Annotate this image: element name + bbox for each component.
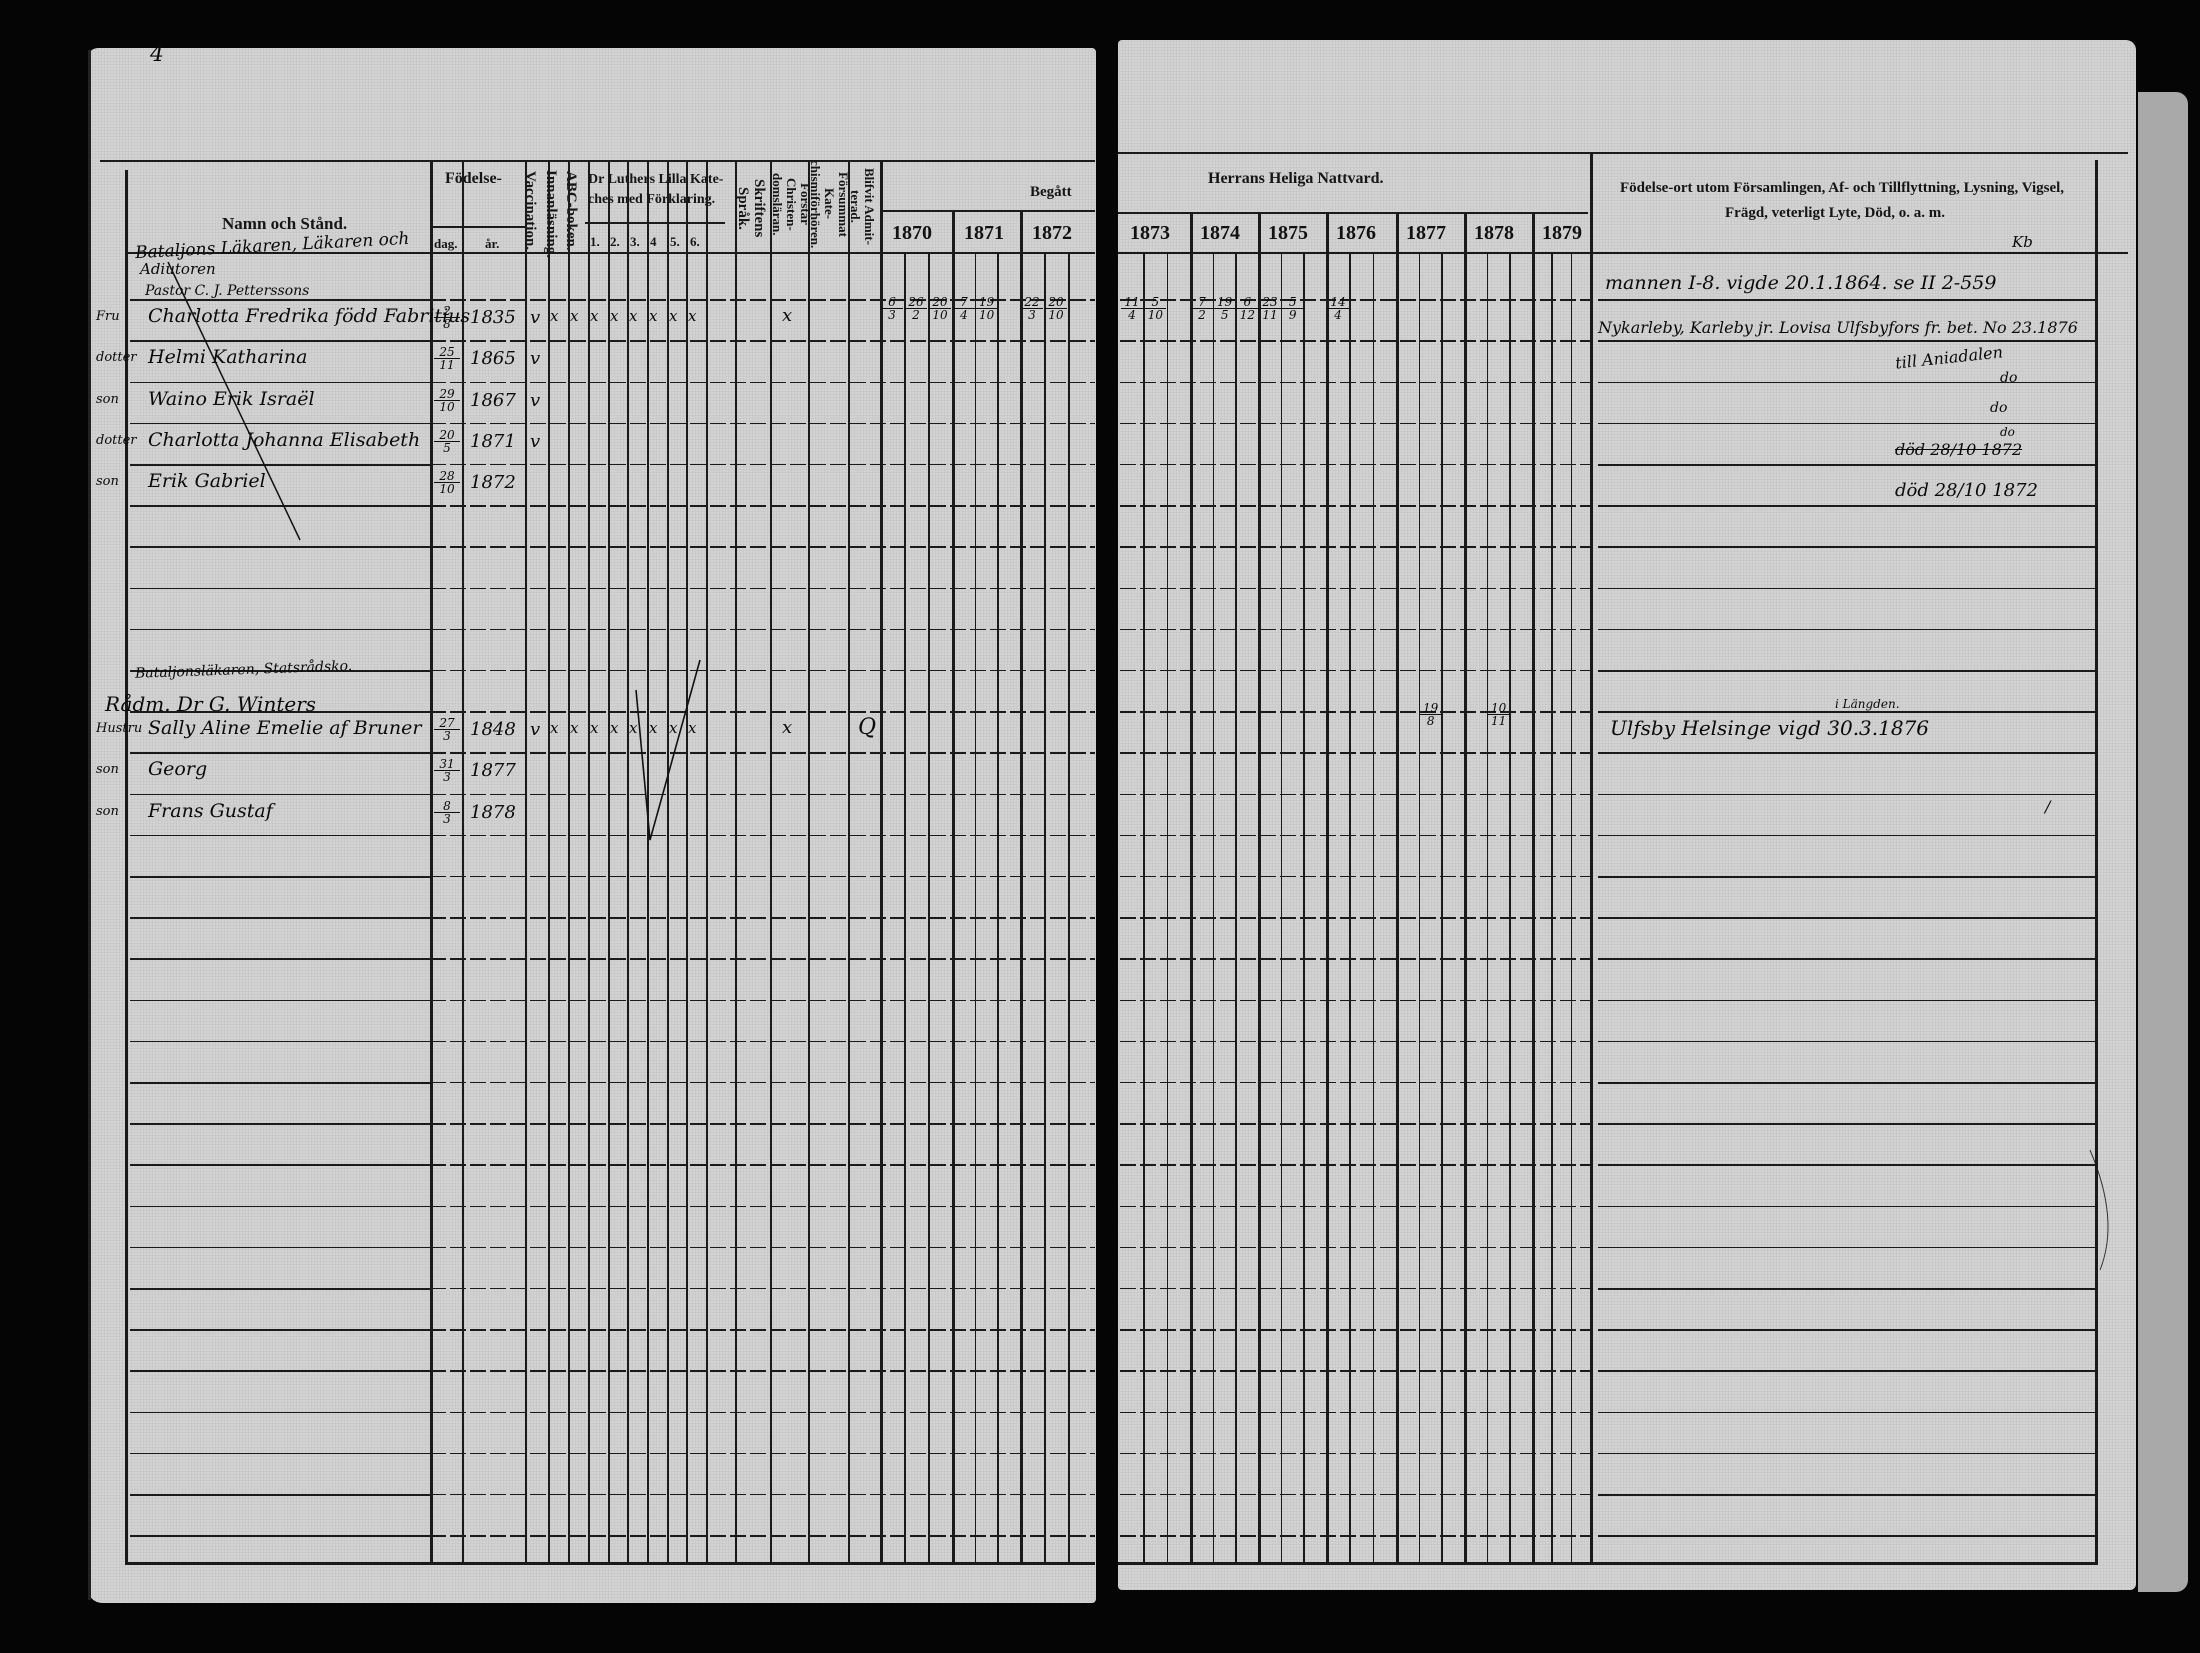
notes-row-rule bbox=[1598, 588, 2095, 590]
row-rule-dashed bbox=[1120, 588, 1590, 589]
note-tick: / bbox=[2045, 797, 2050, 816]
communion-date: 1011 bbox=[1488, 702, 1510, 727]
row-rule-dashed bbox=[1120, 958, 1590, 959]
notes-row-rule bbox=[1598, 629, 2095, 631]
note-row-4-above: do bbox=[2000, 425, 2015, 439]
notes-row-rule bbox=[1598, 1082, 2095, 1084]
year-label-1874: 1874 bbox=[1200, 222, 1240, 245]
notes-row-rule bbox=[1598, 1329, 2095, 1331]
notes-row-rule bbox=[1598, 340, 2095, 342]
row-rule-dashed bbox=[1120, 1329, 1590, 1330]
notes-row-rule bbox=[1598, 794, 2095, 796]
strike-lines bbox=[0, 0, 2200, 1653]
row-rule-dashed bbox=[1120, 917, 1590, 918]
note-row-4-struck: död 28/10 1872 bbox=[1895, 440, 2022, 459]
row-rule-dashed bbox=[1120, 1247, 1590, 1248]
row-rule-dashed bbox=[1120, 382, 1590, 383]
note-household-2-above: i Längden. bbox=[1835, 697, 1900, 711]
row-rule-dashed bbox=[1120, 1370, 1590, 1371]
notes-row-rule bbox=[1598, 1535, 2095, 1537]
year-col-line bbox=[1396, 212, 1399, 1562]
row-rule-dashed bbox=[1120, 1535, 1590, 1536]
year-subcol-line bbox=[1419, 252, 1421, 1562]
communion-date: 114 bbox=[1121, 296, 1143, 321]
row-rule-dashed bbox=[1120, 752, 1590, 753]
row-rule-dashed bbox=[1120, 1453, 1590, 1454]
year-subcol-line bbox=[1303, 252, 1305, 1562]
row-rule-dashed bbox=[1120, 1206, 1590, 1207]
row-rule-dashed bbox=[1120, 423, 1590, 424]
row-rule-dashed bbox=[1120, 1494, 1590, 1495]
year-subcol-line bbox=[1213, 252, 1215, 1562]
note-row-2c: do bbox=[2000, 370, 2017, 386]
notes-row-rule bbox=[1598, 423, 2095, 425]
note-row-5: död 28/10 1872 bbox=[1895, 480, 2038, 501]
notes-row-rule bbox=[1598, 958, 2095, 960]
year-subcol-line bbox=[1373, 252, 1375, 1562]
year-col-line bbox=[1190, 212, 1193, 1562]
right-header-bottom-rule bbox=[1118, 252, 2128, 254]
row-rule-dashed bbox=[1120, 1288, 1590, 1289]
year-col-line bbox=[1590, 152, 1593, 1562]
row-rule-dashed bbox=[1120, 340, 1590, 341]
year-label-1877: 1877 bbox=[1406, 222, 1446, 245]
notes-row-rule bbox=[1598, 1288, 2095, 1290]
notes-row-rule bbox=[1598, 1206, 2095, 1208]
notes-row-rule bbox=[1598, 1494, 2095, 1496]
year-subcol-line bbox=[1509, 252, 1511, 1562]
notes-row-rule bbox=[1598, 546, 2095, 548]
notes-row-rule bbox=[1598, 464, 2095, 466]
row-rule-dashed bbox=[1120, 835, 1590, 836]
notes-row-rule bbox=[1598, 1000, 2095, 1002]
nattvard-title: Herrans Heliga Nattvard. bbox=[1208, 170, 1384, 188]
notes-header-2: Frägd, veterligt Lyte, Död, o. a. m. bbox=[1725, 205, 1945, 222]
year-label-1879: 1879 bbox=[1542, 222, 1582, 245]
communion-date: 2311 bbox=[1259, 296, 1281, 321]
notes-row-rule bbox=[1598, 1123, 2095, 1125]
notes-row-rule bbox=[1598, 1412, 2095, 1414]
row-rule-dashed bbox=[1120, 464, 1590, 465]
row-rule-dashed bbox=[1120, 1000, 1590, 1001]
year-col-line bbox=[1532, 212, 1535, 1562]
year-label-1876: 1876 bbox=[1336, 222, 1376, 245]
notes-row-rule bbox=[1598, 1041, 2095, 1043]
row-rule-dashed bbox=[1120, 794, 1590, 795]
year-col-line bbox=[1258, 212, 1261, 1562]
year-subcol-line bbox=[1349, 252, 1351, 1562]
communion-date: 195 bbox=[1214, 296, 1236, 321]
row-rule-dashed bbox=[1120, 546, 1590, 547]
year-subcol-line bbox=[1281, 252, 1283, 1562]
row-rule-dashed bbox=[1120, 1123, 1590, 1124]
row-rule-dashed bbox=[1120, 505, 1590, 506]
notes-row-rule bbox=[1598, 752, 2095, 754]
row-rule-dashed bbox=[1120, 1412, 1590, 1413]
row-rule-dashed bbox=[1120, 1041, 1590, 1042]
year-subcol-line bbox=[1167, 252, 1169, 1562]
row-rule-dashed bbox=[1120, 1164, 1590, 1165]
notes-row-rule bbox=[1598, 835, 2095, 837]
year-subcol-line bbox=[1235, 252, 1237, 1562]
notes-row-rule bbox=[1598, 299, 2095, 301]
notes-row-rule bbox=[1598, 1247, 2095, 1249]
year-label-1873: 1873 bbox=[1130, 222, 1170, 245]
notes-row-rule bbox=[1598, 1164, 2095, 1166]
notes-row-rule bbox=[1598, 505, 2095, 507]
note-row-2: Nykarleby, Karleby jr. Lovisa Ulfsbyfors… bbox=[1598, 318, 2078, 337]
year-label-1875: 1875 bbox=[1268, 222, 1308, 245]
notes-row-rule bbox=[1598, 1370, 2095, 1372]
year-col-line bbox=[1464, 212, 1467, 1562]
year-subcol-line bbox=[1571, 252, 1573, 1562]
kb-mark: Kb bbox=[2012, 233, 2033, 251]
year-subcol-line bbox=[1143, 252, 1145, 1562]
row-rule-dashed bbox=[1120, 629, 1590, 630]
communion-date: 612 bbox=[1236, 296, 1258, 321]
right-years-top-rule bbox=[1118, 212, 1588, 214]
right-header-top-rule bbox=[1118, 152, 2128, 154]
notes-row-rule bbox=[1598, 711, 2095, 713]
notes-row-rule bbox=[1598, 1453, 2095, 1455]
year-col-line bbox=[1326, 212, 1329, 1562]
communion-date: 59 bbox=[1282, 296, 1304, 321]
notes-row-rule bbox=[1598, 917, 2095, 919]
year-subcol-line bbox=[1487, 252, 1489, 1562]
communion-date: 72 bbox=[1191, 296, 1213, 321]
row-rule-dashed bbox=[1120, 711, 1590, 712]
row-rule-dashed bbox=[1120, 876, 1590, 877]
notes-header-1: Födelse-ort utom Församlingen, Af- och T… bbox=[1620, 180, 2064, 197]
communion-date: 198 bbox=[1420, 702, 1442, 727]
row-rule-dashed bbox=[1120, 670, 1590, 671]
note-row-1: mannen I-8. vigde 20.1.1864. se II 2-559 bbox=[1605, 272, 1997, 294]
note-household-2: Ulfsby Helsinge vigd 30.3.1876 bbox=[1610, 716, 1929, 740]
right-bottom-rule bbox=[1118, 1562, 2098, 1565]
year-subcol-line bbox=[1551, 252, 1553, 1562]
communion-date: 144 bbox=[1327, 296, 1349, 321]
notes-right-line bbox=[2095, 160, 2098, 1562]
row-rule-dashed bbox=[1120, 1082, 1590, 1083]
communion-date: 510 bbox=[1144, 296, 1166, 321]
notes-row-rule bbox=[1598, 382, 2095, 384]
year-subcol-line bbox=[1441, 252, 1443, 1562]
note-row-3: do bbox=[1990, 400, 2007, 416]
year-label-1878: 1878 bbox=[1474, 222, 1514, 245]
notes-row-rule bbox=[1598, 670, 2095, 672]
notes-row-rule bbox=[1598, 876, 2095, 878]
